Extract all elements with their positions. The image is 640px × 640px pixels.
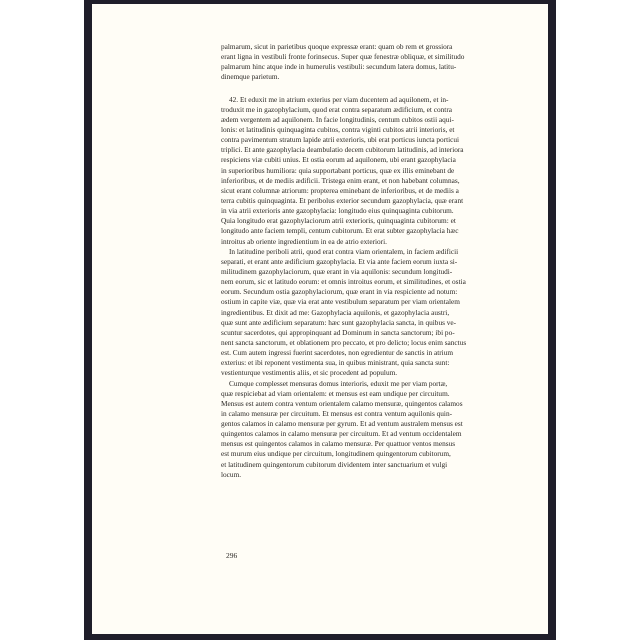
text-line: terra cubitis quinquaginta. Et peribolus… — [221, 196, 421, 206]
text-line: dinemque parietum. — [221, 72, 421, 82]
page-number: 296 — [226, 551, 237, 560]
text-line: respiciens viæ cubiti unius. Et ostia eo… — [221, 155, 421, 165]
text-line: nent sancta sanctorum, et oblationem pro… — [221, 338, 421, 348]
text-line: palmarum, sicut in parietibus quoque exp… — [221, 42, 421, 52]
text-line: ostium in capite viæ, quæ via erat ante … — [221, 297, 421, 307]
text-line: gentos calamos in calamo mensuræ per gyr… — [221, 419, 421, 429]
text-line: contra pavimentum stratum lapide atrii e… — [221, 135, 421, 145]
text-line: erant ligna in vestibuli fronte forinsec… — [221, 52, 421, 62]
text-line: triplici. Et ante gazophylacia deambulat… — [221, 145, 421, 155]
text-line: militudinem gazophylaciorum, quæ erant i… — [221, 267, 421, 277]
text-line: in superioribus humiliora: quia supporta… — [221, 166, 421, 176]
paragraph: palmarum, sicut in parietibus quoque exp… — [221, 42, 421, 83]
text-line: et latitudinem quingentorum cubitorum di… — [221, 460, 421, 470]
text-line: troduxit me in gazophylacium, quod erat … — [221, 105, 421, 115]
paragraph-gap — [221, 83, 421, 95]
text-line: locum. — [221, 470, 421, 480]
text-line: mensus est quingentos calamos in calamo … — [221, 439, 421, 449]
text-line: quingentos calamos in calamo mensuræ per… — [221, 429, 421, 439]
text-line: ædem vergentem ad aquilonem. In facie lo… — [221, 115, 421, 125]
body-text: palmarum, sicut in parietibus quoque exp… — [221, 42, 421, 480]
text-line: lonis: et latitudinis quinquaginta cubit… — [221, 125, 421, 135]
text-line: in calamo mensuræ per circuitum. Et mens… — [221, 409, 421, 419]
text-line: palmarum hinc atque inde in humerulis ve… — [221, 62, 421, 72]
text-line: longitudo ante faciem templi, centum cub… — [221, 226, 421, 236]
text-line: quæ respiciebat ad viam orientalem: et m… — [221, 389, 421, 399]
text-line: Mensus est autem contra ventum orientale… — [221, 399, 421, 409]
text-line: quæ sunt ante ædificium separatum: hæc s… — [221, 318, 421, 328]
text-line: vestienturque vestimentis aliis, et sic … — [221, 368, 421, 378]
text-line: nem eorum, sic et latitudo eorum: et omn… — [221, 277, 421, 287]
text-line: separati, et erant ante ædificium gazoph… — [221, 257, 421, 267]
text-line: Cumque complesset mensuras domus interio… — [221, 379, 421, 389]
text-line: exterius: et ibi reponent vestimenta sua… — [221, 358, 421, 368]
text-line: scuntur sacerdotes, qui appropinquant ad… — [221, 328, 421, 338]
text-line: est murum eius undique per circuitum, lo… — [221, 449, 421, 459]
text-line: sicut erant columnæ atriorum: propterea … — [221, 186, 421, 196]
text-line: eorum. Secundum ostia gazophylaciorum, q… — [221, 287, 421, 297]
text-line: in via atrii exterioris ante gazophylaci… — [221, 206, 421, 216]
text-line: est. Cum autem ingressi fuerint sacerdot… — [221, 348, 421, 358]
paragraph: Cumque complesset mensuras domus interio… — [221, 379, 421, 480]
text-line: introitus ab oriente ingredientium in ea… — [221, 237, 421, 247]
text-line: In latitudine periboli atrii, quod erat … — [221, 247, 421, 257]
text-line: inferioribus, et de mediis ædificii. Tri… — [221, 176, 421, 186]
paragraph: In latitudine periboli atrii, quod erat … — [221, 247, 421, 379]
paragraph: 42. Et eduxit me in atrium exterius per … — [221, 95, 421, 247]
text-line: Quia longitudo erat gazophylaciorum atri… — [221, 216, 421, 226]
text-line: 42. Et eduxit me in atrium exterius per … — [221, 95, 421, 105]
text-line: ingredientibus. Et dixit ad me: Gazophyl… — [221, 308, 421, 318]
